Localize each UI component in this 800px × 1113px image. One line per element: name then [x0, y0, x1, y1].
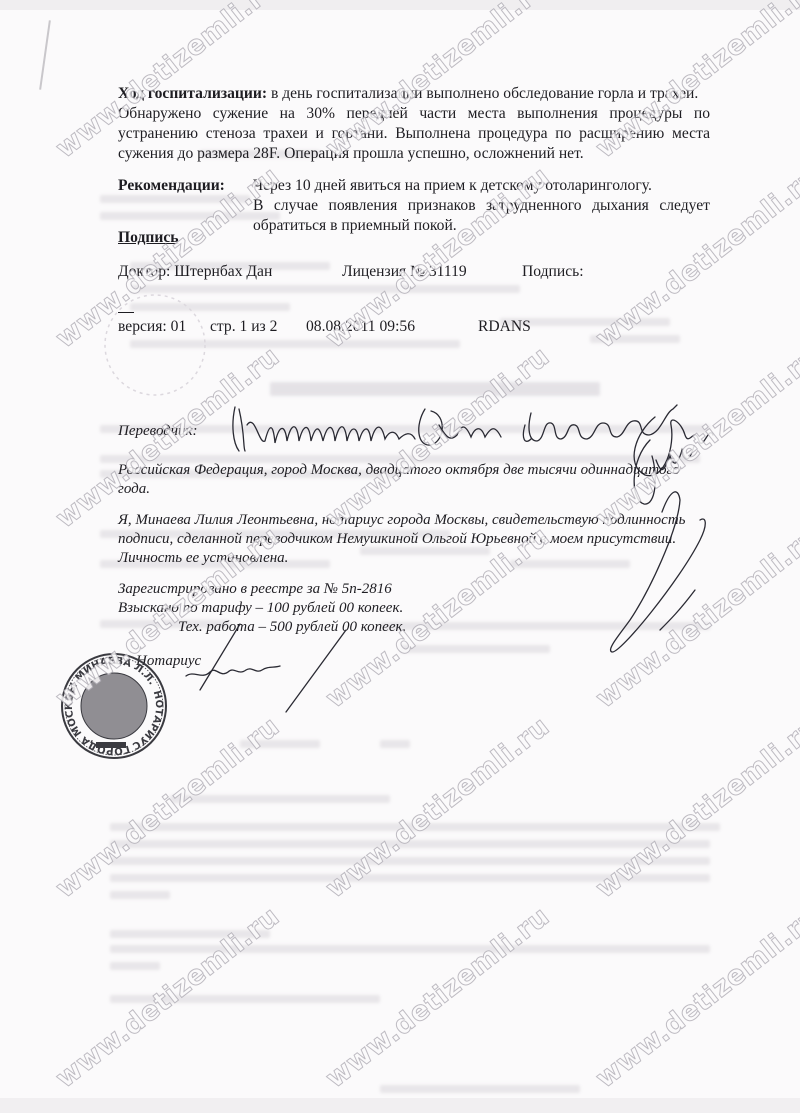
notary-seal: НОТАРИУС ГОРОДА МОСКВЫ МИНАЕВА Л.Л.: [60, 652, 168, 760]
footer-code: RDANS: [478, 317, 531, 337]
hospitalization-label: Ход госпитализации:: [118, 85, 267, 102]
recommendations-label: Рекомендации:: [118, 176, 225, 196]
doctor-name: Доктор: Штернбах Дан: [118, 262, 272, 282]
certification-line-3: Личность ее установлена.: [118, 547, 288, 570]
footer-datetime: 08.08.2011 09:56: [306, 317, 415, 337]
scan-edge-mark: [39, 20, 51, 90]
signature-heading: Подпись: [118, 228, 179, 248]
scanned-document-page: Ход госпитализации: в день госпитализаци…: [0, 0, 800, 1113]
translator-label: Переводчик:: [118, 420, 198, 443]
footer-page: стр. 1 из 2: [210, 317, 277, 337]
hospitalization-line-1: Ход госпитализации: в день госпитализаци…: [118, 84, 710, 104]
notary-flourish-signature: [560, 420, 720, 660]
hospitalization-line-4: сужения до размера 28F. Операция прошла …: [118, 144, 584, 164]
faint-stamp-ghost: [95, 290, 215, 410]
license-number: Лицензия № 31119: [342, 262, 467, 282]
scan-bottom-edge: [0, 1098, 800, 1113]
hospitalization-line-3: устранению стеноза трахеи и гортани. Вып…: [118, 124, 710, 144]
signature-label: Подпись:: [522, 262, 584, 282]
recommendation-line-2: В случае появления признаков затрудненно…: [253, 196, 710, 216]
place-date-line-2: года.: [118, 478, 150, 501]
hospitalization-line-2: Обнаружено сужение на 30% передней части…: [118, 104, 710, 124]
scan-top-edge: [0, 0, 800, 10]
notary-signature: [150, 620, 360, 730]
recommendation-line-1: Через 10 дней явиться на прием к детском…: [253, 176, 652, 196]
recommendation-line-3: обратиться в приемный покой.: [253, 216, 457, 236]
